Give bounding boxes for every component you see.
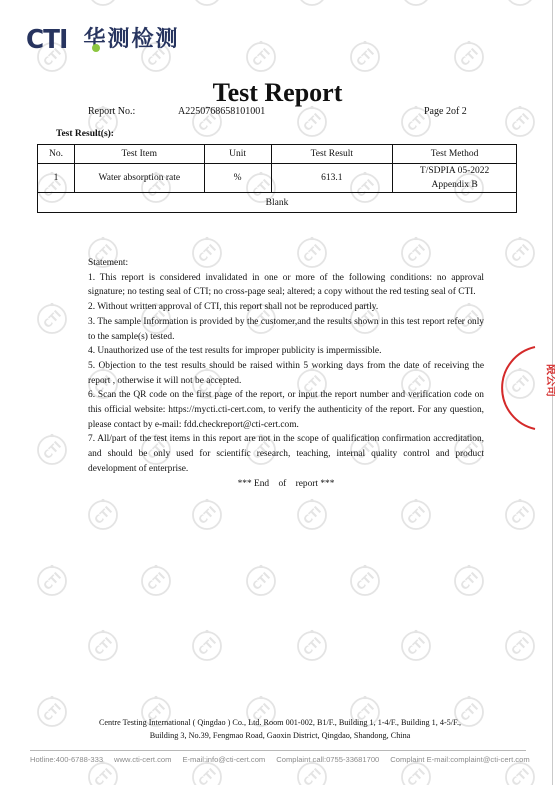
svg-text:CTI: CTI: [41, 569, 64, 592]
footer-complaint-email-link[interactable]: Complaint E-mail:complaint@cti-cert.com: [390, 755, 529, 764]
svg-text:CTI: CTI: [509, 0, 532, 3]
statement-item-4: 4. Unauthorized use of the test results …: [88, 344, 484, 359]
cti-watermark-icon: CTI: [504, 0, 536, 6]
cti-watermark-icon: CTI: [349, 40, 381, 72]
statement-item-7: 7. All/part of the test items in this re…: [88, 432, 484, 476]
svg-text:CTI: CTI: [405, 766, 428, 785]
cti-watermark-icon: CTI: [245, 40, 277, 72]
cti-watermark-icon: CTI: [87, 629, 119, 661]
cti-watermark-icon: CTI: [87, 498, 119, 530]
report-number-label: Report No.:: [88, 106, 135, 117]
svg-text:CTI: CTI: [196, 504, 219, 527]
cti-watermark-icon: CTI: [453, 40, 485, 72]
footer-hotline: Hotline:400-6788-333: [30, 755, 103, 764]
red-seal-stamp-icon: 限公司: [521, 343, 555, 433]
report-page: CTICTICTICTICTICTICTICTICTICTICTICTICTIC…: [0, 0, 555, 785]
svg-text:CTI: CTI: [405, 504, 428, 527]
column-header-unit: Unit: [204, 145, 271, 164]
cell-test-item: Water absorption rate: [74, 164, 204, 193]
cti-watermark-icon: CTI: [36, 433, 68, 465]
cti-watermark-icon: CTI: [296, 629, 328, 661]
cti-watermark-icon: CTI: [400, 0, 432, 6]
column-header-test-result: Test Result: [271, 145, 393, 164]
cti-watermark-icon: CTI: [504, 498, 536, 530]
cti-watermark-icon: CTI: [191, 0, 223, 6]
cti-watermark-icon: CTI: [296, 498, 328, 530]
svg-text:CTI: CTI: [41, 307, 64, 330]
svg-text:CTI: CTI: [509, 635, 532, 658]
end-of-report: *** End of report ***: [88, 477, 484, 492]
test-results-table: No. Test Item Unit Test Result Test Meth…: [37, 144, 517, 213]
table-blank-row: Blank: [38, 193, 517, 213]
statement-section: Statement: 1. This report is considered …: [88, 256, 484, 491]
cti-watermark-icon: CTI: [87, 0, 119, 6]
svg-text:CTI: CTI: [405, 635, 428, 658]
logo-brand: CTI: [26, 26, 67, 54]
cti-watermark-icon: CTI: [296, 0, 328, 6]
column-header-test-item: Test Item: [74, 145, 204, 164]
footer-complaint-call: Complaint call:0755-33681700: [276, 755, 379, 764]
svg-text:CTI: CTI: [196, 0, 219, 3]
svg-text:CTI: CTI: [92, 504, 115, 527]
table-row: 1 Water absorption rate % 613.1 T/SDPIA …: [38, 164, 517, 193]
svg-text:CTI: CTI: [300, 0, 323, 3]
svg-text:CTI: CTI: [354, 569, 377, 592]
test-method-standard: T/SDPIA 05-2022: [393, 164, 516, 178]
cti-logo: CTI 华测检测: [26, 24, 180, 56]
svg-text:CTI: CTI: [249, 45, 272, 68]
svg-text:CTI: CTI: [458, 45, 481, 68]
column-header-no: No.: [38, 145, 75, 164]
cti-watermark-icon: CTI: [504, 236, 536, 268]
cti-watermark-icon: CTI: [504, 105, 536, 137]
address-line-2: Building 3, No.39, Fengmao Road, Gaoxin …: [60, 729, 500, 742]
cti-watermark-icon: CTI: [140, 564, 172, 596]
svg-text:CTI: CTI: [300, 111, 323, 134]
test-method-appendix: Appendix B: [393, 178, 516, 192]
svg-text:CTI: CTI: [196, 766, 219, 785]
page-number: Page 2of 2: [424, 106, 467, 117]
cti-watermark-icon: CTI: [296, 105, 328, 137]
company-address: Centre Testing International ( Qingdao )…: [60, 716, 500, 742]
svg-text:CTI: CTI: [300, 504, 323, 527]
cell-test-result: 613.1: [271, 164, 393, 193]
cti-watermark-icon: CTI: [349, 564, 381, 596]
statement-item-5: 5. Objection to the test results should …: [88, 359, 484, 388]
svg-text:CTI: CTI: [300, 766, 323, 785]
table-header-row: No. Test Item Unit Test Result Test Meth…: [38, 145, 517, 164]
svg-text:CTI: CTI: [458, 569, 481, 592]
footer-divider: [30, 750, 526, 751]
column-header-test-method: Test Method: [393, 145, 517, 164]
svg-text:CTI: CTI: [300, 635, 323, 658]
cell-no: 1: [38, 164, 75, 193]
blank-cell: Blank: [38, 193, 517, 213]
statement-item-6: 6. Scan the QR code on the first page of…: [88, 388, 484, 432]
svg-text:CTI: CTI: [92, 635, 115, 658]
svg-text:CTI: CTI: [509, 766, 532, 785]
statement-item-3: 3. The sample Information is provided by…: [88, 315, 484, 344]
footer-website-link[interactable]: www.cti-cert.com: [114, 755, 171, 764]
report-title: Test Report: [0, 78, 555, 108]
svg-text:CTI: CTI: [41, 438, 64, 461]
cti-watermark-icon: CTI: [245, 564, 277, 596]
footer-email-link[interactable]: E-mail:info@cti-cert.com: [182, 755, 265, 764]
cti-watermark-icon: CTI: [400, 498, 432, 530]
cti-watermark-icon: CTI: [36, 302, 68, 334]
cti-watermark-icon: CTI: [191, 498, 223, 530]
svg-text:CTI: CTI: [509, 111, 532, 134]
svg-text:CTI: CTI: [249, 569, 272, 592]
report-number-value: A2250768658101001: [178, 106, 265, 117]
svg-text:CTI: CTI: [145, 569, 168, 592]
cell-test-method: T/SDPIA 05-2022 Appendix B: [393, 164, 517, 193]
cti-watermark-icon: CTI: [36, 564, 68, 596]
cti-watermark-icon: CTI: [400, 629, 432, 661]
svg-text:CTI: CTI: [354, 45, 377, 68]
svg-text:CTI: CTI: [405, 0, 428, 3]
statement-heading: Statement:: [88, 256, 484, 271]
statement-item-1: 1. This report is considered invalidated…: [88, 271, 484, 300]
cti-watermark-icon: CTI: [504, 629, 536, 661]
statement-item-2: 2. Without written approval of CTI, this…: [88, 300, 484, 315]
cti-watermark-icon: CTI: [453, 564, 485, 596]
test-results-heading: Test Result(s):: [56, 129, 114, 139]
svg-text:CTI: CTI: [92, 0, 115, 3]
address-line-1: Centre Testing International ( Qingdao )…: [60, 716, 500, 729]
svg-text:CTI: CTI: [92, 766, 115, 785]
logo-dot-icon: [92, 44, 100, 52]
svg-text:CTI: CTI: [196, 635, 219, 658]
footer-contact-bar: Hotline:400-6788-333 www.cti-cert.com E-…: [30, 755, 540, 764]
svg-text:限公司: 限公司: [545, 364, 555, 397]
svg-text:CTI: CTI: [509, 242, 532, 265]
cti-watermark-icon: CTI: [191, 629, 223, 661]
cell-unit: %: [204, 164, 271, 193]
svg-text:CTI: CTI: [509, 504, 532, 527]
